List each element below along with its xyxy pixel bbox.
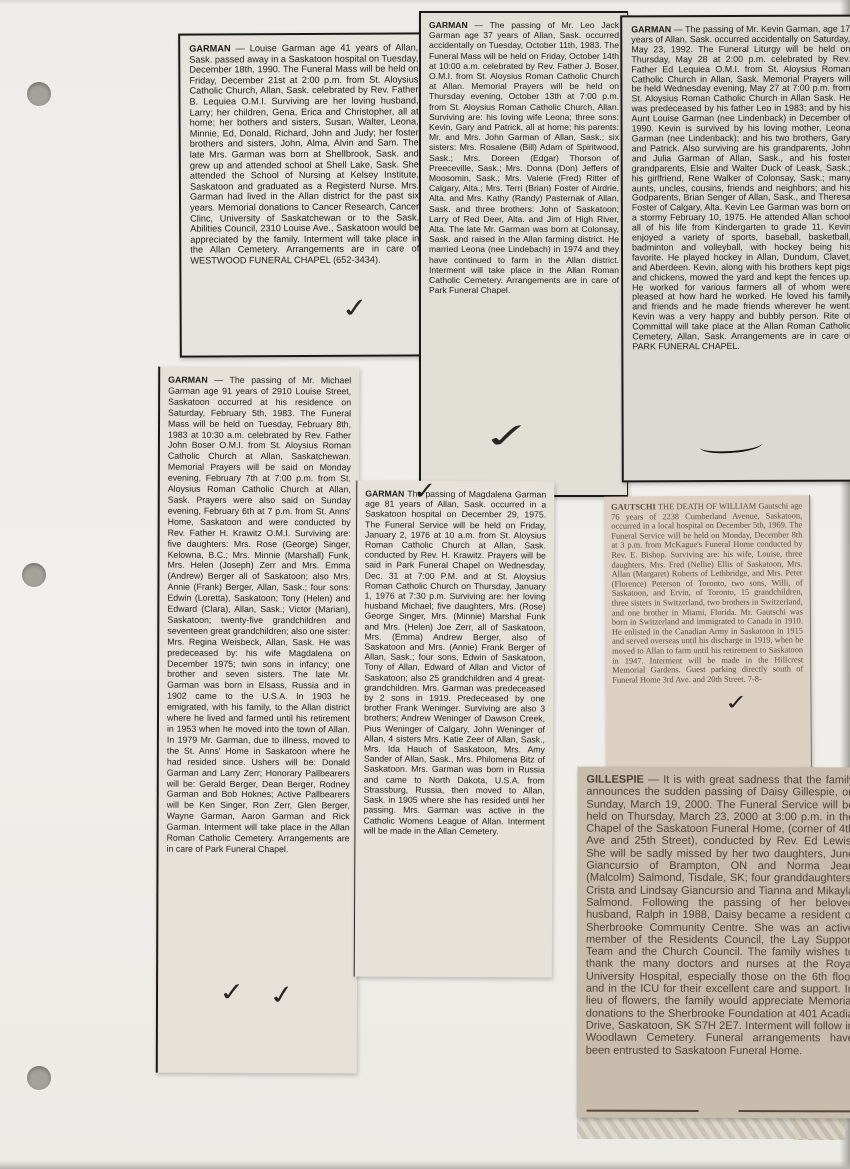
obituary-body: — The passing of Mr. Leo Jack Garman age… [429, 20, 619, 295]
obituary-body: THE DEATH OF WILLIAM Gautschi age 76 yea… [611, 501, 803, 684]
obituary-surname: GARMAN [429, 20, 468, 30]
clipping-louise-garman: GARMAN — Louise Garman age 41 years of A… [178, 32, 431, 357]
obituary-surname: GAUTSCHI [611, 502, 656, 511]
obituary-surname: GILLESPIE [586, 774, 644, 786]
obituary-body: — Louise Garman age 41 years of Allan, S… [189, 42, 419, 265]
checkmark-icon: ✓ [267, 981, 298, 1010]
scan-edge-top [0, 0, 850, 4]
punch-hole-top [27, 82, 51, 106]
checkmark-icon: ✓ [218, 979, 247, 1006]
clipping-daisy-gillespie: GILLESPIE — It is with great sadness tha… [577, 767, 850, 1119]
scrapbook-scan-page: GARMAN — Louise Garman age 41 years of A… [0, 0, 850, 1169]
obituary-body: — It is with great sadness that the fami… [586, 774, 850, 1057]
checkmark-icon: ✓ [412, 480, 438, 504]
scan-edge-bottom [0, 1161, 850, 1169]
clipping-magdalena-garman: GARMAN The passing of Magdalena Garman a… [354, 480, 555, 977]
checkmark-icon: ✓ [724, 691, 749, 713]
obituary-surname: GARMAN [365, 489, 404, 499]
obituary-body: — The passing of Mr. Kevin Garman, age 1… [631, 24, 850, 352]
bottom-rule-right [739, 1110, 850, 1112]
clipping-kevin-garman: GARMAN — The passing of Mr. Kevin Garman… [620, 15, 850, 483]
obituary-body: — The passing of Mr. Michael Garman age … [167, 375, 352, 854]
punch-hole-bottom [27, 1066, 51, 1090]
obituary-body: The passing of Magdalena Garman age 81 y… [363, 489, 546, 836]
obituary-surname: GARMAN [189, 43, 230, 53]
clipping-william-gautschi: GAUTSCHI THE DEATH OF WILLIAM Gautschi a… [604, 495, 812, 772]
clipping-michael-garman: GARMAN — The passing of Mr. Michael Garm… [156, 367, 359, 1074]
checkmark-icon: ✓ [481, 419, 535, 456]
punch-hole-middle [22, 563, 46, 587]
obituary-surname: GARMAN [631, 24, 671, 34]
checkmark-icon: ✓ [339, 294, 371, 323]
obituary-surname: GARMAN [168, 375, 208, 385]
bottom-rule-left [587, 1110, 699, 1112]
